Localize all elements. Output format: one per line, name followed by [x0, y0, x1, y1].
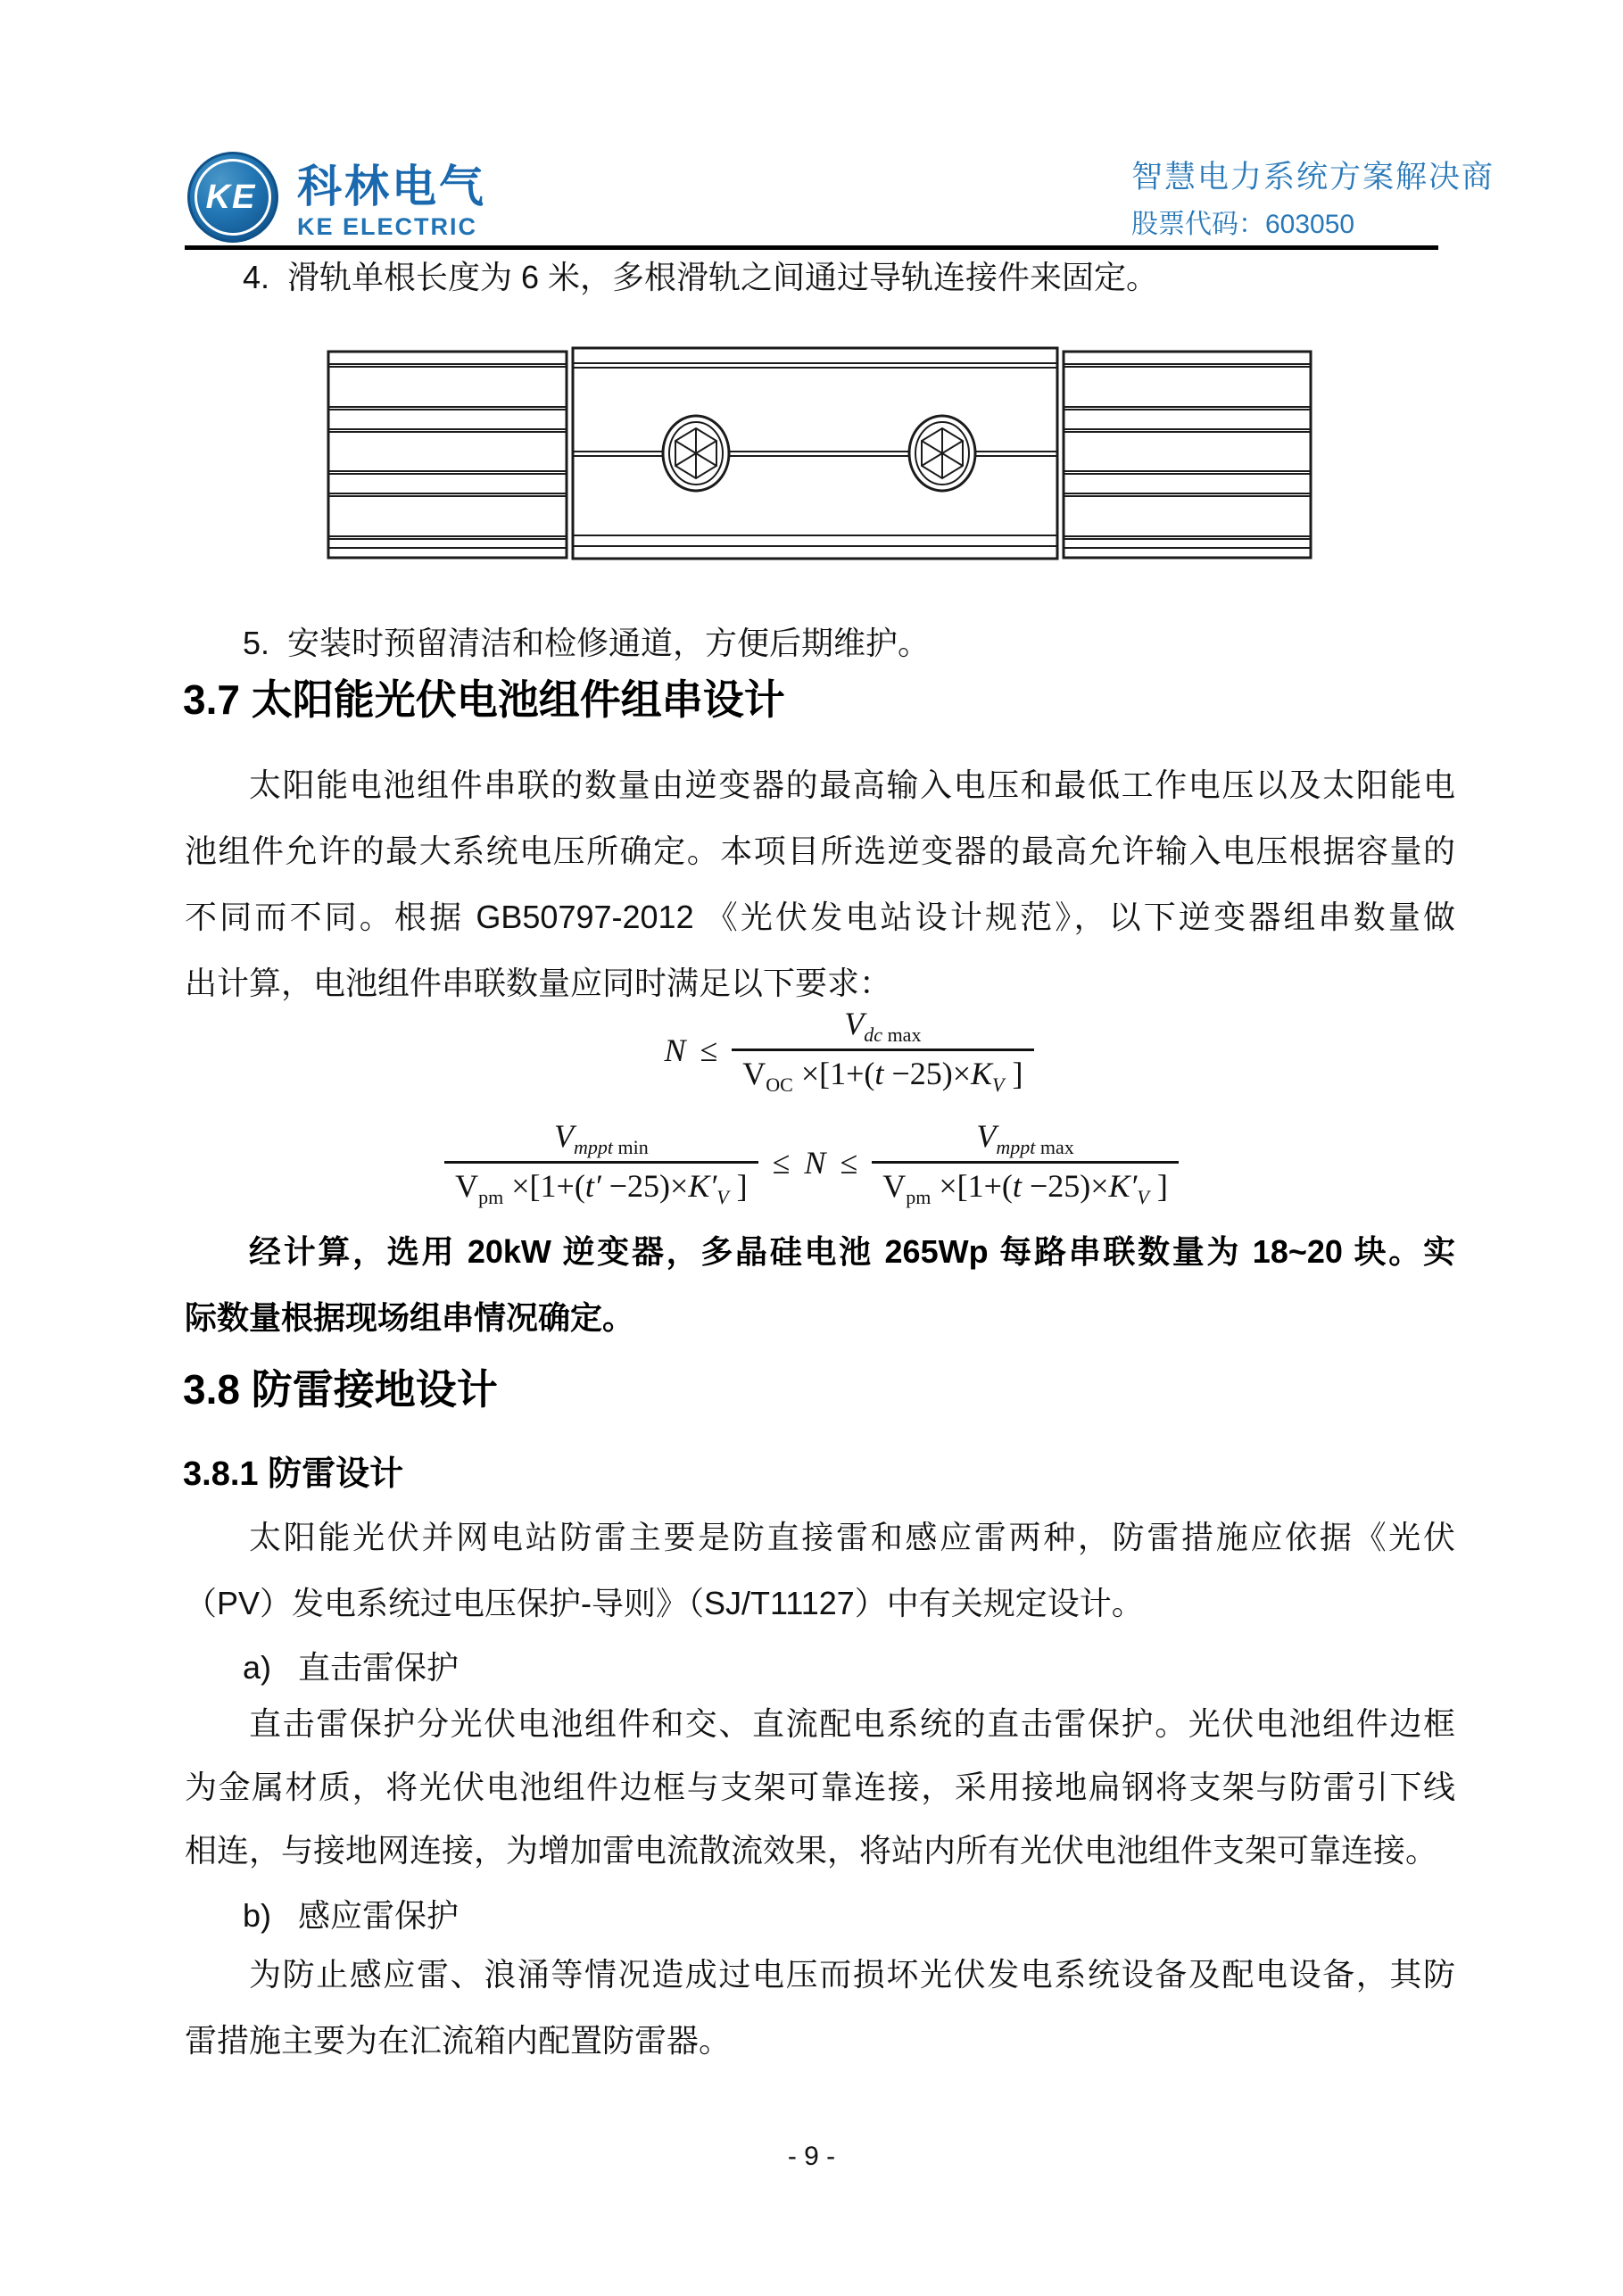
brand-names: 科林电气 KE ELECTRIC [297, 162, 486, 241]
formula-term: V [976, 1118, 996, 1154]
formula-term: min [613, 1136, 649, 1158]
formula-term: V [742, 1056, 766, 1091]
fraction-numerator: Vdc max [832, 1005, 933, 1049]
subscript: mppt max [996, 1136, 1073, 1158]
paragraph-line: 太阳能电池组件串联的数量由逆变器的最高输入电压和最低工作电压以及太阳能电 [185, 752, 1455, 818]
paragraph-line: 相连，与接地网连接，为增加雷电流散流效果，将站内所有光伏电池组件支架可靠连接。 [185, 1819, 1455, 1882]
formula-term: ] [729, 1168, 748, 1204]
company-tagline: 智慧电力系统方案解决商 [1131, 161, 1495, 195]
brand-name-cn: 科林电气 [297, 162, 486, 211]
paragraph-line: 直击雷保护分光伏电池组件和交、直流配电系统的直击雷保护。光伏电池组件边框 [185, 1692, 1455, 1755]
subscript: OC [766, 1073, 793, 1096]
formula-term: −25)× [1030, 1168, 1109, 1204]
fraction-numerator: Vmppt max [964, 1117, 1086, 1161]
page-number: - 9 - [0, 2142, 1623, 2172]
formula-operator: ≤ [695, 1032, 724, 1069]
induced-lightning-paragraph: 为防止感应雷、浪涌等情况造成过电压而损坏光伏发电系统设备及配电设备，其防 雷措施… [185, 1942, 1455, 2074]
section-3-8-1-heading: 3.8.1 防雷设计 [183, 1455, 403, 1496]
formula-term: V [844, 1006, 864, 1041]
bolt-icon [663, 416, 729, 491]
paragraph-line: 际数量根据现场组串情况确定。 [185, 1285, 1455, 1351]
formula-term: −25)× [883, 1056, 971, 1091]
section-3-7-paragraph: 太阳能电池组件串联的数量由逆变器的最高输入电压和最低工作电压以及太阳能电 池组件… [185, 752, 1455, 1016]
formula-term: ×[1+( [793, 1056, 875, 1091]
rail-connector-figure [326, 346, 1316, 560]
fraction-denominator: Vpm ×[1+(t′ −25)×K′V ] [444, 1161, 758, 1207]
section-3-7-heading: 3.7 太阳能光伏电池组件组串设计 [183, 676, 785, 725]
stock-code: 股票代码：603050 [1131, 210, 1495, 239]
subscript: V [1137, 1186, 1148, 1208]
paragraph-line: 为防止感应雷、浪涌等情况造成过电压而损坏光伏发电系统设备及配电设备，其防 [185, 1942, 1455, 2008]
formula-term: ] [1005, 1056, 1023, 1091]
formula-operator: ≤ [834, 1144, 863, 1181]
rail-right [1064, 352, 1311, 558]
formula-term: K′ [688, 1168, 716, 1204]
formula-term: mppt [574, 1136, 613, 1158]
formula-term: dc [864, 1024, 882, 1046]
item-a-direct-lightning: a) 直击雷保护 [243, 1643, 459, 1688]
header-right: 智慧电力系统方案解决商 股票代码：603050 [1131, 161, 1495, 239]
paragraph-line: 太阳能光伏并网电站防雷主要是防直接雷和感应雷两种，防雷措施应依据《光伏 [185, 1504, 1455, 1571]
formula-mppt-range: Vmppt minVpm ×[1+(t′ −25)×K′V ]≤N≤Vmppt … [0, 1117, 1623, 1207]
paragraph-line: 雷措施主要为在汇流箱内配置防雷器。 [185, 2008, 1455, 2074]
header-rule [185, 245, 1438, 250]
formula-operator: ≤ [767, 1144, 796, 1181]
subscript: mppt min [574, 1136, 649, 1158]
formula-term: max [1035, 1136, 1073, 1158]
fraction-numerator: Vmppt min [542, 1117, 661, 1161]
formula-term: t′ [585, 1168, 601, 1204]
subscript: pm [906, 1186, 931, 1208]
formula-term: V [554, 1118, 574, 1154]
paragraph-line: 经计算，选用 20kW 逆变器，多晶硅电池 265Wp 每路串联数量为 18~2… [185, 1219, 1455, 1285]
formula-term: ×[1+( [503, 1168, 585, 1204]
document-page: KE 科林电气 KE ELECTRIC 智慧电力系统方案解决商 股票代码：603… [0, 0, 1623, 2296]
fraction: Vdc maxVOC ×[1+(t −25)×KV ] [732, 1005, 1033, 1095]
direct-lightning-paragraph: 直击雷保护分光伏电池组件和交、直流配电系统的直击雷保护。光伏电池组件边框 为金属… [185, 1692, 1455, 1882]
formula-term: max [882, 1024, 921, 1046]
subscript: V [716, 1186, 728, 1208]
fraction: Vmppt minVpm ×[1+(t′ −25)×K′V ] [444, 1117, 758, 1207]
subscript: V [992, 1073, 1004, 1096]
formula-term: N [664, 1032, 685, 1069]
paragraph-line: 池组件允许的最大系统电压所确定。本项目所选逆变器的最高允许输入电压根据容量的 [185, 818, 1455, 884]
fraction-denominator: Vpm ×[1+(t −25)×K′V ] [872, 1161, 1179, 1207]
logo-monogram: KE [190, 154, 276, 240]
fraction-denominator: VOC ×[1+(t −25)×KV ] [732, 1049, 1033, 1095]
item-b-induced-lightning: b) 感应雷保护 [243, 1891, 459, 1936]
rail-connector-drawing [326, 346, 1316, 560]
bolt-icon [909, 416, 975, 491]
conclusion-paragraph: 经计算，选用 20kW 逆变器，多晶硅电池 265Wp 每路串联数量为 18~2… [185, 1219, 1455, 1351]
ke-logo-badge-icon: KE [187, 152, 278, 243]
formula-term: V [882, 1168, 906, 1204]
subscript: pm [478, 1186, 503, 1208]
list-item-4: 4. 滑轨单根长度为 6 米，多根滑轨之间通过导轨连接件来固定。 [243, 253, 1158, 298]
paragraph-line: 不同而不同。根据 GB50797-2012 《光伏发电站设计规范》，以下逆变器组… [185, 884, 1455, 950]
fraction: Vmppt maxVpm ×[1+(t −25)×K′V ] [872, 1117, 1179, 1207]
subscript: dc max [864, 1024, 921, 1046]
formula-term: −25)× [601, 1168, 689, 1204]
paragraph-line: 为金属材质，将光伏电池组件边框与支架可靠连接，采用接地扁钢将支架与防雷引下线 [185, 1755, 1455, 1819]
formula-term: K′ [1109, 1168, 1138, 1204]
formula-term: ] [1149, 1168, 1168, 1204]
formula-term: K [971, 1056, 992, 1091]
brand-name-en: KE ELECTRIC [297, 213, 486, 241]
list-item-5: 5. 安装时预留清洁和检修通道，方便后期维护。 [243, 618, 930, 664]
paragraph-line: （PV）发电系统过电压保护-导则》（SJ/T11127）中有关规定设计。 [185, 1571, 1455, 1637]
formula-term: V [455, 1168, 478, 1204]
formula-series-count-max: N≤Vdc maxVOC ×[1+(t −25)×KV ] [37, 1005, 1623, 1095]
formula-term: t [1013, 1168, 1030, 1204]
formula-term: ×[1+( [931, 1168, 1013, 1204]
formula-term: t [874, 1056, 883, 1091]
formula-term: N [804, 1144, 825, 1181]
section-3-8-heading: 3.8 防雷接地设计 [183, 1365, 498, 1414]
lightning-intro-paragraph: 太阳能光伏并网电站防雷主要是防直接雷和感应雷两种，防雷措施应依据《光伏 （PV）… [185, 1504, 1455, 1637]
rail-left [328, 352, 567, 558]
formula-term: mppt [996, 1136, 1035, 1158]
connector-plate [573, 348, 1057, 559]
